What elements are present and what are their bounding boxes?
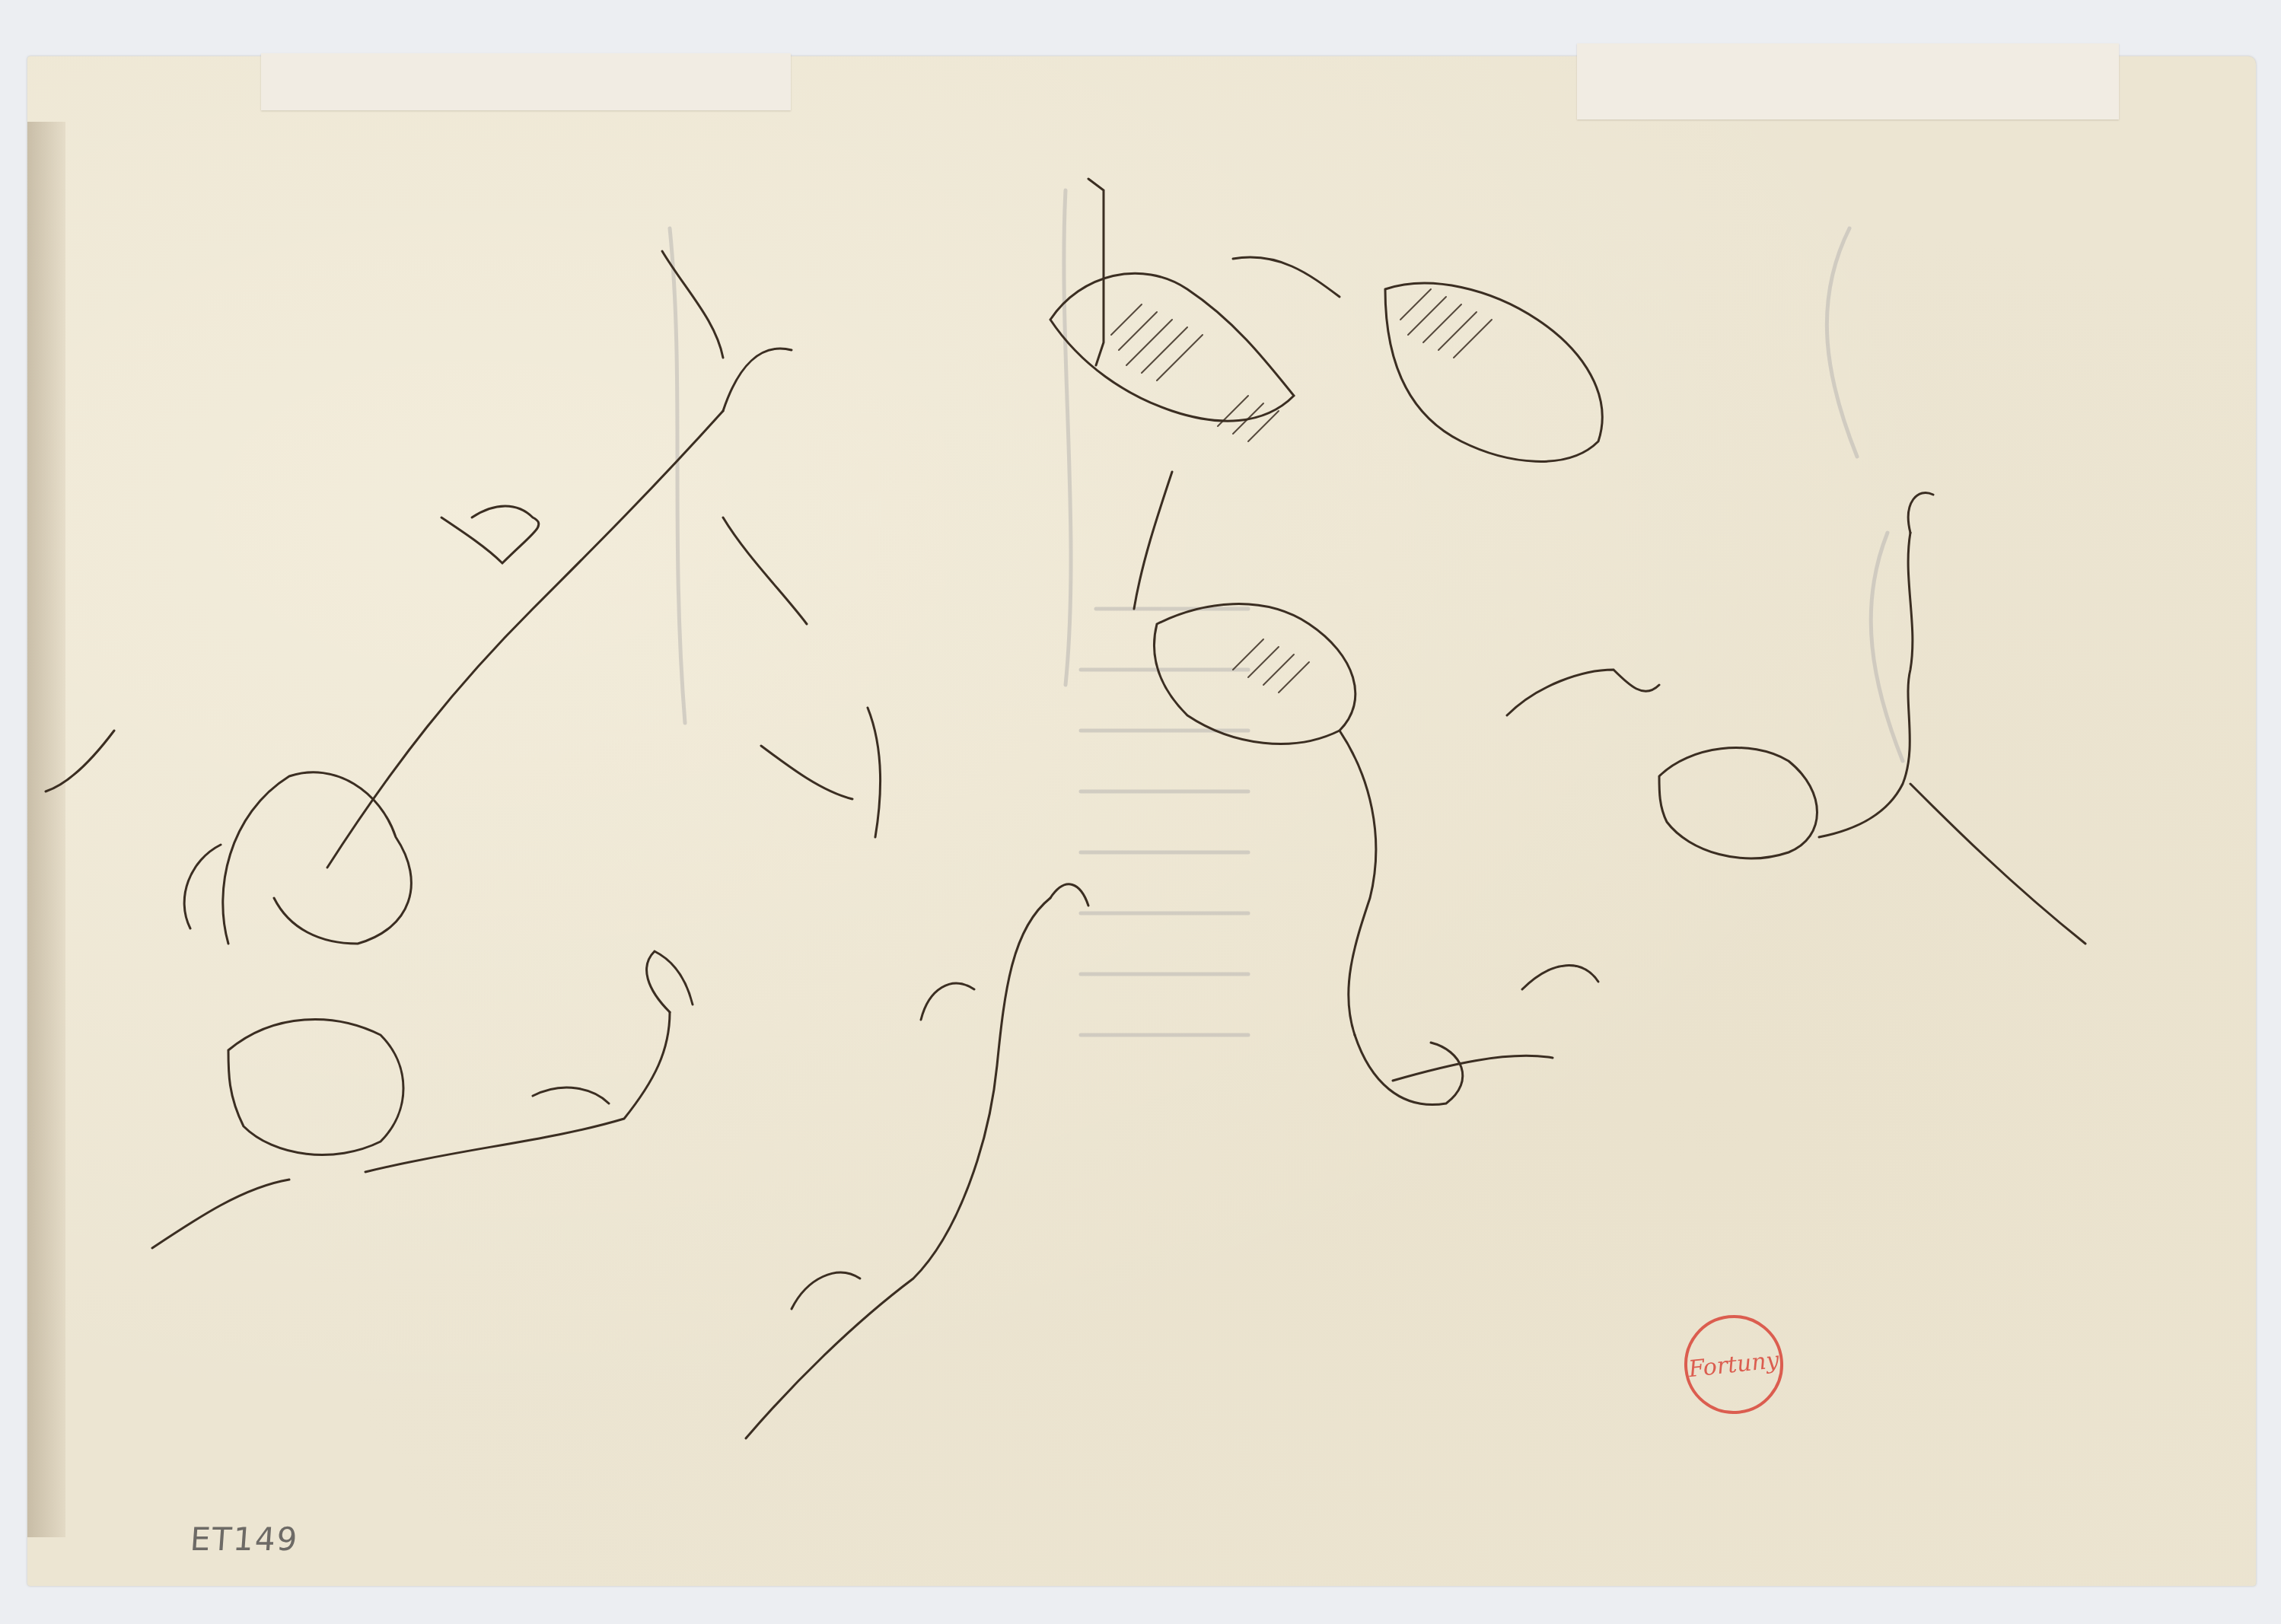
- hatching: [1111, 289, 1492, 693]
- inventory-number: ET149: [189, 1521, 300, 1558]
- vine-right: [1507, 492, 2085, 944]
- leaf-cluster-top-center: [1050, 179, 1602, 1105]
- ink-drawing: [0, 0, 2281, 1624]
- vine-center: [746, 708, 1088, 1438]
- vine-left-lower: [152, 951, 693, 1248]
- vine-left-upper: [46, 251, 807, 944]
- collector-stamp-text: Fortuny: [1687, 1346, 1780, 1382]
